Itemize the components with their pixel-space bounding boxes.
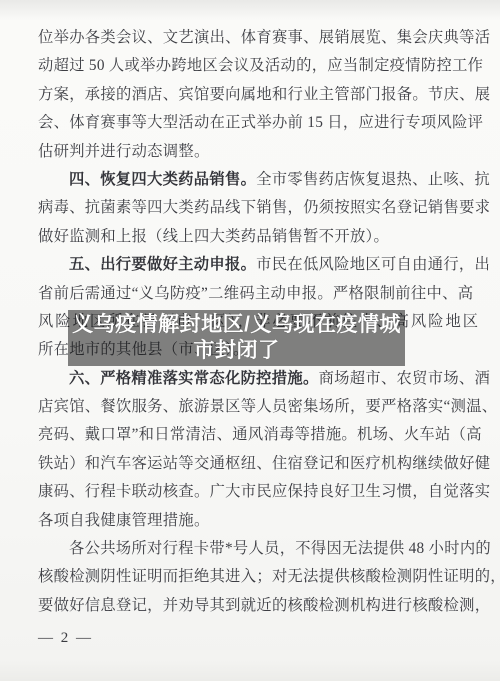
body-heading-segment: 四、恢复四大类药品销售。	[69, 171, 256, 188]
body-heading-segment: 五、出行要做好主动申报。	[69, 256, 256, 273]
body-text-segment: 做好监测和上报（线上四大类药品销售暂不开放）。	[38, 228, 389, 245]
body-line: 估研判并进行动态调整。	[38, 138, 480, 166]
body-text-segment: 康码、行程卡联动核查。广大市民应保持良好卫生习惯，自觉落实	[38, 483, 490, 500]
banner-title-line1: 义乌疫情解封地区/义乌现在疫情城	[72, 312, 401, 338]
body-line: 铁站）和汽车客运站等交通枢纽、住宿登记和医疗机构继续做好健	[38, 450, 480, 478]
body-text-segment: 全市零售药店恢复退热、止咳、抗	[256, 171, 490, 188]
banner-title-line2: 市封闭了	[194, 338, 280, 364]
body-text-segment: 店宾馆、餐饮服务、旅游景区等人员密集场所，要严格落实“测温、	[38, 398, 497, 415]
body-line: 各项自我健康管理措施。	[38, 507, 480, 535]
body-text-segment: 商场超市、农贸市场、酒	[319, 370, 491, 387]
body-text-segment: 方案，承接的酒店、宾馆要向属地和行业主管部门报备。节庆、展	[38, 86, 490, 103]
body-line: 四、恢复四大类药品销售。全市零售药店恢复退热、止咳、抗	[38, 166, 480, 194]
body-line: 康码、行程卡联动核查。广大市民应保持良好卫生习惯，自觉落实	[38, 478, 480, 506]
body-line: 做好监测和上报（线上四大类药品销售暂不开放）。	[38, 223, 480, 251]
body-text-segment: 各项自我健康管理措施。	[38, 512, 210, 529]
overlay-title-banner: 义乌疫情解封地区/义乌现在疫情城 市封闭了	[68, 310, 405, 366]
body-line: 会、体育赛事等大型活动在正式举办前 15 日，应进行专项风险评	[38, 109, 480, 137]
document-page: 位举办各类会议、文艺演出、体育赛事、展销展览、集会庆典等活动超过 50 人或举办…	[0, 0, 500, 681]
body-line: 各公共场所对行程卡带*号人员，不得因无法提供 48 小时内的	[38, 535, 480, 563]
body-text-segment: 核酸检测阴性证明而拒绝其进入；对无法提供核酸检测阴性证明的，	[38, 568, 500, 585]
body-text-segment: 估研判并进行动态调整。	[38, 143, 210, 160]
body-text-segment: 亮码、戴口罩”和日常清洁、通风消毒等措施。机场、火车站（高	[38, 426, 482, 443]
body-line: 位举办各类会议、文艺演出、体育赛事、展销展览、集会庆典等活	[38, 24, 480, 52]
body-line: 六、严格精准落实常态化防控措施。商场超市、农贸市场、酒	[38, 365, 480, 393]
body-text-segment: 要做好信息登记，并劝导其到就近的核酸检测机构进行核酸检测，	[38, 597, 490, 614]
body-heading-segment: 六、严格精准落实常态化防控措施。	[69, 370, 319, 387]
body-line: 动超过 50 人或举办跨地区会议及活动的，应当制定疫情防控工作	[38, 52, 480, 80]
body-line: 亮码、戴口罩”和日常清洁、通风消毒等措施。机场、火车站（高	[38, 421, 480, 449]
body-line: 病毒、抗菌素等四大类药品线下销售，仍须按照实名登记销售要求	[38, 194, 480, 222]
body-text-segment: 铁站）和汽车客运站等交通枢纽、住宿登记和医疗机构继续做好健	[38, 455, 490, 472]
body-line: 省前后需通过“义乌防疫”二维码主动申报。严格限制前往中、高	[38, 280, 480, 308]
page-number: — 2 —	[38, 630, 93, 647]
body-line: 核酸检测阴性证明而拒绝其进入；对无法提供核酸检测阴性证明的，	[38, 563, 480, 591]
body-text-segment: 各公共场所对行程卡带*号人员，不得因无法提供 48 小时内的	[69, 540, 491, 557]
body-line: 店宾馆、餐饮服务、旅游景区等人员密集场所，要严格落实“测温、	[38, 393, 480, 421]
body-text-segment: 动超过 50 人或举办跨地区会议及活动的，应当制定疫情防控工作	[38, 57, 483, 74]
body-line: 要做好信息登记，并劝导其到就近的核酸检测机构进行核酸检测，	[38, 592, 480, 620]
body-text-segment: 位举办各类会议、文艺演出、体育赛事、展销展览、集会庆典等活	[38, 29, 490, 46]
body-text-segment: 市民在低风险地区可自由通行，出	[256, 256, 490, 273]
body-text-segment: 会、体育赛事等大型活动在正式举办前 15 日，应进行专项风险评	[38, 114, 483, 131]
body-text-segment: 病毒、抗菌素等四大类药品线下销售，仍须按照实名登记销售要求	[38, 199, 490, 216]
body-line: 五、出行要做好主动申报。市民在低风险地区可自由通行，出	[38, 251, 480, 279]
body-text-segment: 省前后需通过“义乌防疫”二维码主动申报。严格限制前往中、高	[38, 285, 473, 302]
body-line: 方案，承接的酒店、宾馆要向属地和行业主管部门报备。节庆、展	[38, 81, 480, 109]
